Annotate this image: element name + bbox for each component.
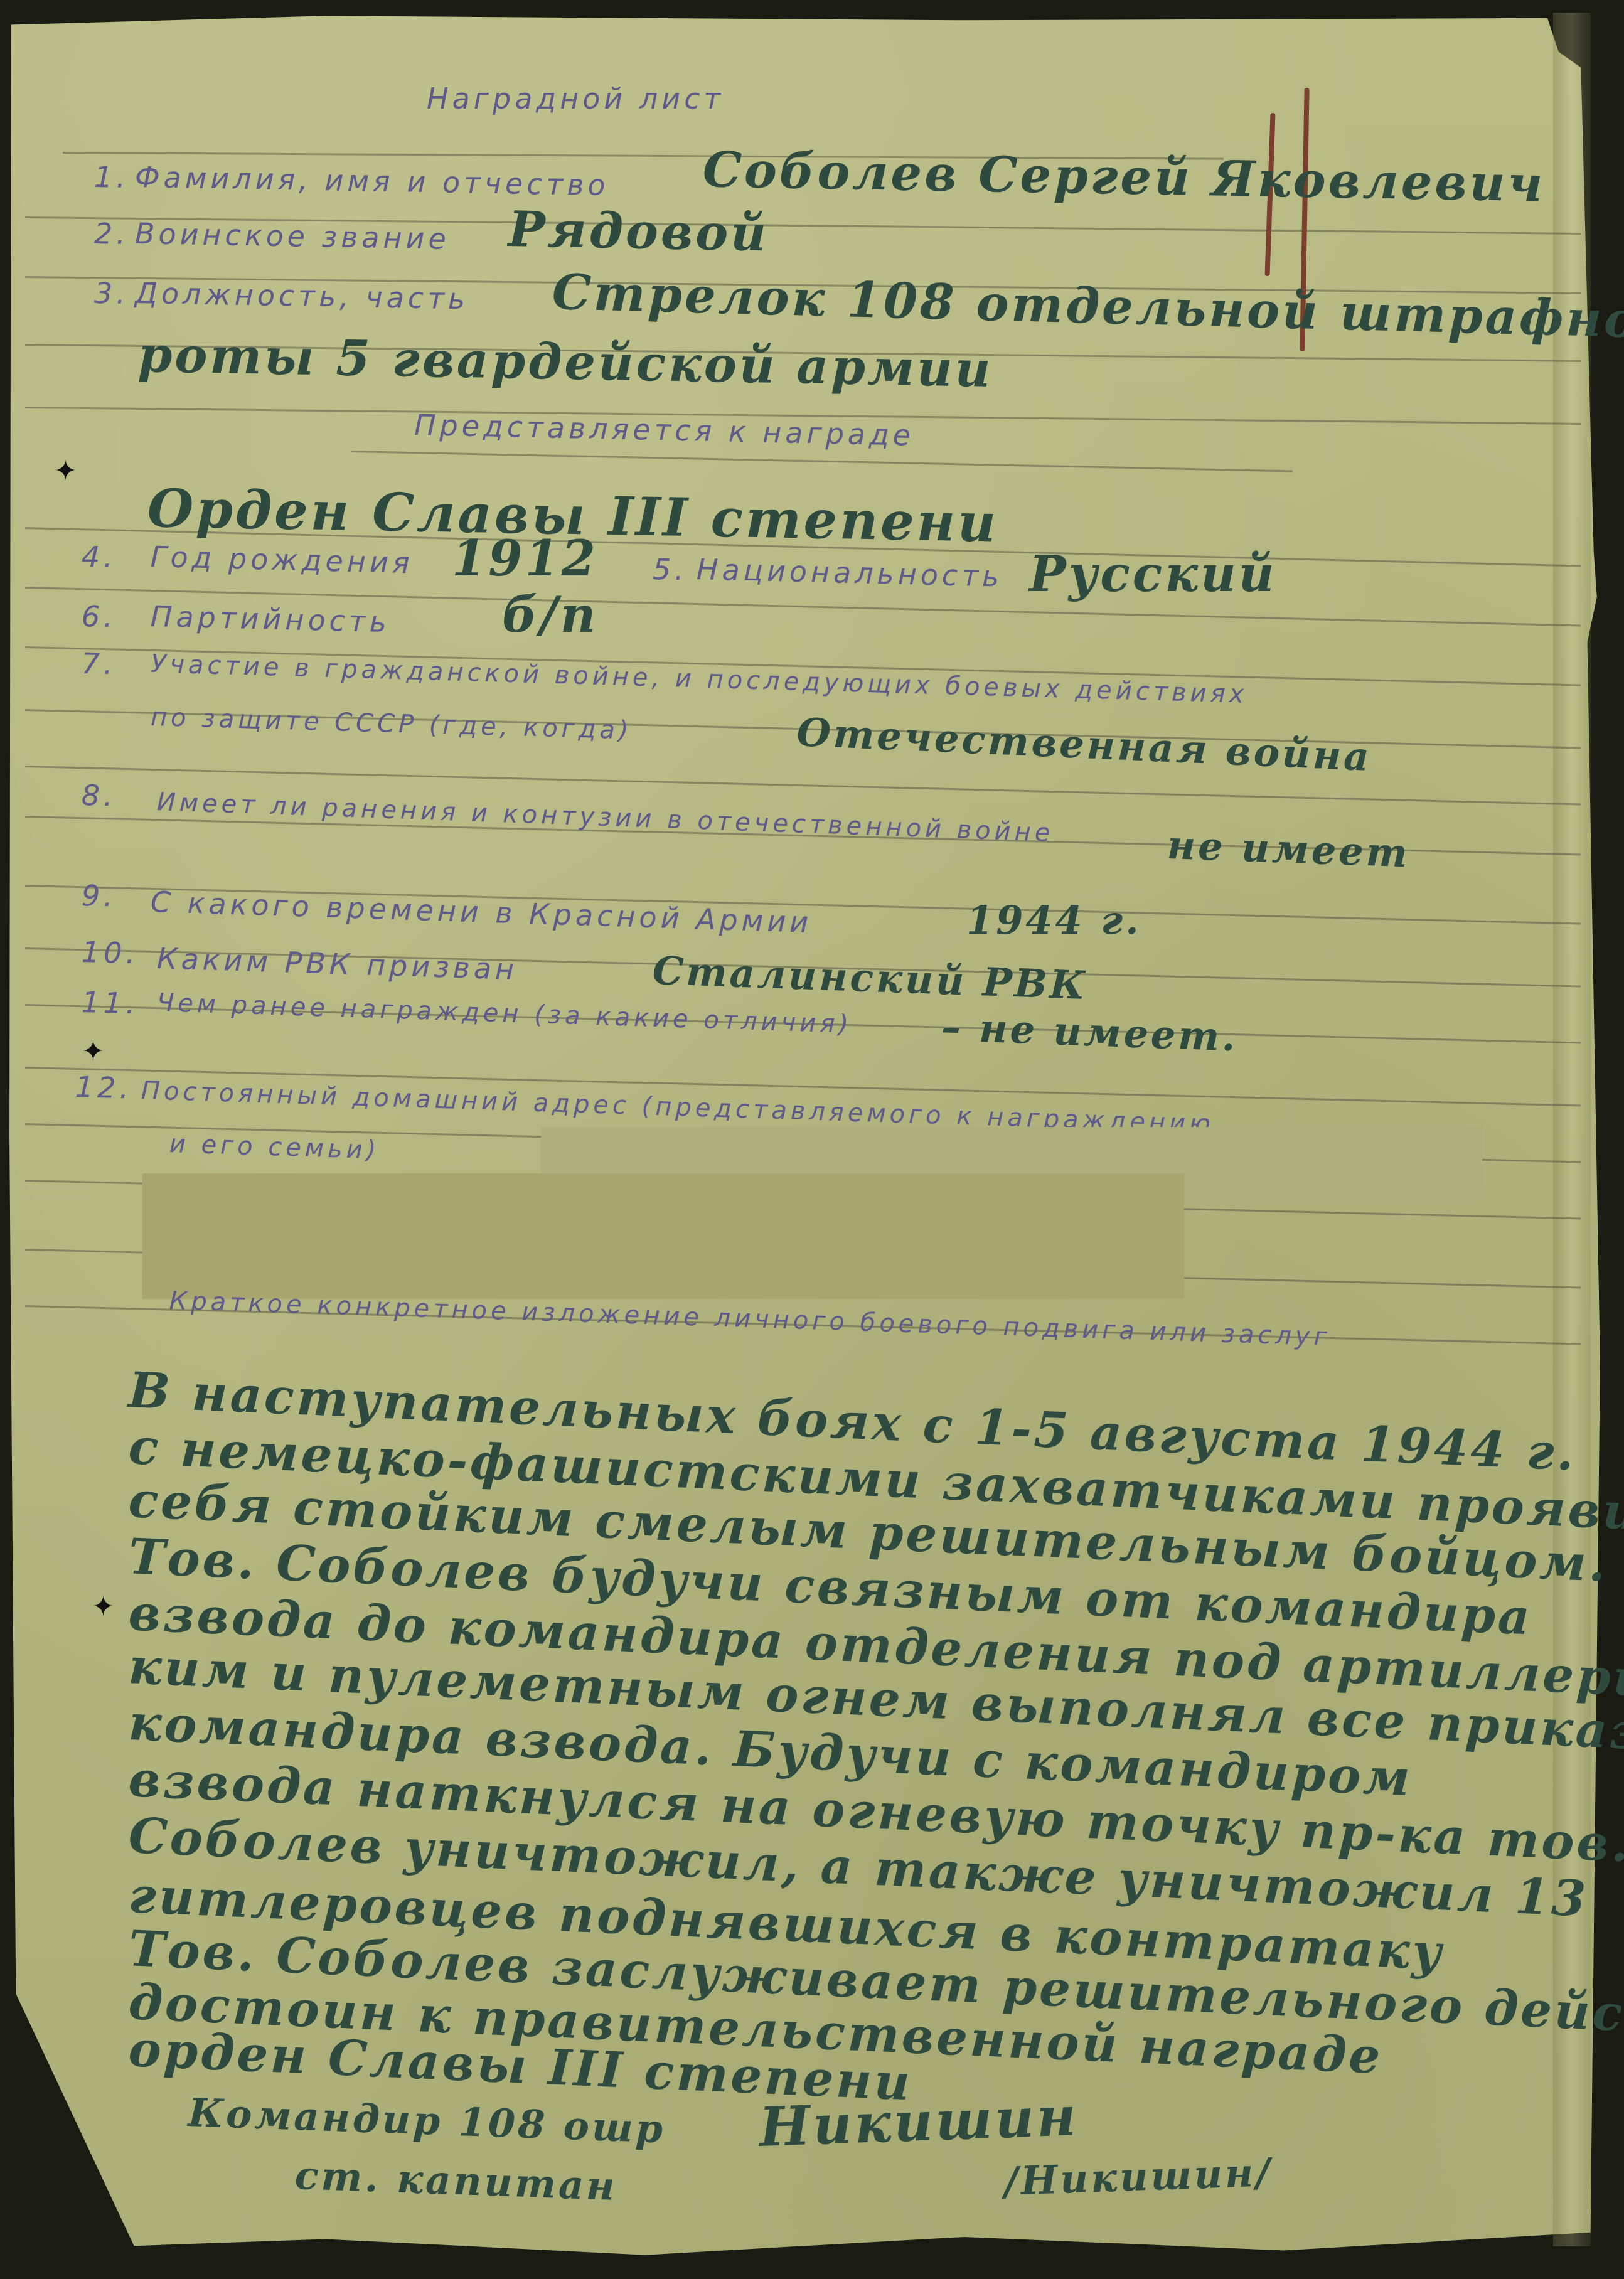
field-6-value-party: б/п bbox=[502, 587, 599, 644]
signature-name: /Никишин/ bbox=[1003, 2149, 1273, 2204]
field-4-label: Год рождения bbox=[150, 540, 414, 580]
field-1-number: 1. bbox=[94, 160, 130, 195]
binding-mark: ✦ bbox=[92, 1591, 115, 1623]
field-5-value-nationality: Русский bbox=[1029, 546, 1277, 603]
field-2-label: Воинское звание bbox=[135, 216, 451, 256]
field-9-value: 1944 г. bbox=[966, 897, 1141, 943]
field-3-number: 3. bbox=[94, 276, 130, 311]
binding-mark: ✦ bbox=[82, 1035, 105, 1067]
binding-mark: ✦ bbox=[54, 455, 77, 487]
field-7-number: 7. bbox=[81, 646, 117, 681]
field-10-number: 10. bbox=[81, 935, 139, 971]
field-8-value: не имеет bbox=[1167, 822, 1411, 876]
field-6-number: 6. bbox=[81, 599, 117, 634]
field-4-number: 4. bbox=[81, 540, 117, 574]
field-3-label: Должность, часть bbox=[135, 276, 469, 316]
handwritten-signature: Никишин bbox=[758, 2084, 1079, 2159]
field-9-number: 9. bbox=[81, 878, 117, 914]
field-4-value-birth-year: 1912 bbox=[452, 530, 598, 587]
redacted-address-block bbox=[142, 1173, 1184, 1299]
field-12-number: 12. bbox=[75, 1070, 133, 1106]
field-2-number: 2. bbox=[94, 216, 130, 251]
field-2-value-rank: Рядовой bbox=[508, 201, 769, 262]
field-5-number: 5. bbox=[652, 552, 688, 587]
field-11-number: 11. bbox=[81, 985, 139, 1021]
document-title: Наградной лист bbox=[427, 82, 724, 115]
field-8-number: 8. bbox=[81, 778, 117, 813]
field-6-label: Партийность bbox=[150, 599, 390, 639]
